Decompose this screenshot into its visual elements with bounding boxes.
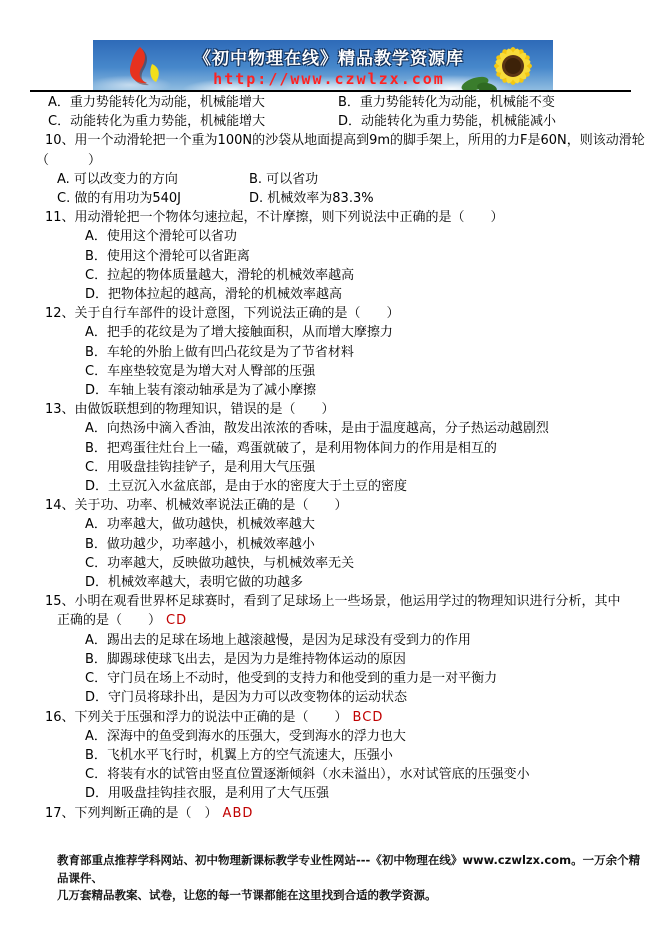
line-text: A．功率越大，做功越快，机械效率越大 xyxy=(85,517,315,532)
question-line: 12、关于自行车部件的设计意图，下列说法正确的是（ ） xyxy=(45,304,661,323)
text-line: （ ） xyxy=(36,151,661,170)
line-text: 16、下列关于压强和浮力的说法中正确的是（ ） xyxy=(45,710,348,725)
line-text: A．向热汤中滴入香油，散发出浓浓的香味，是由于温度越高，分子热运动越剧烈 xyxy=(85,421,549,436)
footer-line-1: 教育部重点推荐学科网站、初中物理新课标教学专业性网站---《初中物理在线》www… xyxy=(57,852,649,887)
line-text: A．深海中的鱼受到海水的压强大，受到海水的浮力也大 xyxy=(85,729,406,744)
question-line: 15、小明在观看世界杯足球赛时，看到了足球场上一些场景，他运用学过的物理知识进行… xyxy=(45,592,661,611)
text-line: D．机械效率越大，表明它做的功越多 xyxy=(85,573,661,592)
question-line: 11、用动滑轮把一个物体匀速拉起，不计摩擦，则下列说法中正确的是（ ） xyxy=(45,208,661,227)
text-line: B．飞机水平飞行时，机翼上方的空气流速大，压强小 xyxy=(85,746,661,765)
question-list: A．重力势能转化为动能，机械能增大B．重力势能转化为动能，机械能不变C．动能转化… xyxy=(0,93,661,823)
question-line: 17、下列判断正确的是（ ）ABD xyxy=(45,804,661,823)
line-text: D．把物体拉起的越高，滑轮的机械效率越高 xyxy=(85,287,342,302)
option-text: D. 机械效率为83.3% xyxy=(249,191,374,206)
text-line: D．车轴上装有滚动轴承是为了减小摩擦 xyxy=(85,381,661,400)
text-line: C．拉起的物体质量越大，滑轮的机械效率越高 xyxy=(85,266,661,285)
line-text: D．车轴上装有滚动轴承是为了减小摩擦 xyxy=(85,383,316,398)
question-line: 14、关于功、功率、机械效率说法正确的是（ ） xyxy=(45,496,661,515)
line-text: B．飞机水平飞行时，机翼上方的空气流速大，压强小 xyxy=(85,748,393,763)
option-row: A. 可以改变力的方向B. 可以省功 xyxy=(57,170,661,189)
line-text: 11、用动滑轮把一个物体匀速拉起，不计摩擦，则下列说法中正确的是（ ） xyxy=(45,210,504,225)
text-line: A．深海中的鱼受到海水的压强大，受到海水的浮力也大 xyxy=(85,727,661,746)
line-text: 14、关于功、功率、机械效率说法正确的是（ ） xyxy=(45,498,348,513)
banner-url: http://www.czwlzx.com xyxy=(213,70,445,88)
line-text: 12、关于自行车部件的设计意图，下列说法正确的是（ ） xyxy=(45,306,400,321)
line-text: B．脚踢球使球飞出去，是因为力是维持物体运动的原因 xyxy=(85,652,406,667)
text-line: C．车座垫较宽是为增大对人臀部的压强 xyxy=(85,362,661,381)
question-line: 16、下列关于压强和浮力的说法中正确的是（ ）BCD xyxy=(45,708,661,727)
line-text: B．做功越少，功率越小，机械效率越小 xyxy=(85,537,315,552)
line-text: C．用吸盘挂钩挂铲子，是利用大气压强 xyxy=(85,460,315,475)
question-line: 10、用一个动滑轮把一个重为100N的沙袋从地面提高到9m的脚手架上，所用的力F… xyxy=(45,131,661,150)
text-line: D．用吸盘挂钩挂衣服，是利用了大气压强 xyxy=(85,784,661,803)
line-text: 10、用一个动滑轮把一个重为100N的沙袋从地面提高到9m的脚手架上，所用的力F… xyxy=(45,133,645,148)
option-text: D．动能转化为重力势能，机械能减小 xyxy=(338,114,556,129)
header-divider xyxy=(30,90,631,92)
text-line: A．踢出去的足球在场地上越滚越慢，是因为足球没有受到力的作用 xyxy=(85,631,661,650)
banner-text: 《初中物理在线》精品教学资源库 http://www.czwlzx.com xyxy=(193,44,465,88)
flame-logo-icon xyxy=(123,44,171,88)
text-line: C．功率越大，反映做功越快，与机械效率无关 xyxy=(85,554,661,573)
text-line: A．功率越大，做功越快，机械效率越大 xyxy=(85,515,661,534)
text-line: C．用吸盘挂钩挂铲子，是利用大气压强 xyxy=(85,458,661,477)
line-text: C．拉起的物体质量越大，滑轮的机械效率越高 xyxy=(85,268,354,283)
text-line: B．脚踢球使球飞出去，是因为力是维持物体运动的原因 xyxy=(85,650,661,669)
question-line: 13、由做饭联想到的物理知识，错误的是（ ） xyxy=(45,400,661,419)
text-line: A．把手的花纹是为了增大接触面积，从而增大摩擦力 xyxy=(85,323,661,342)
footer: 教育部重点推荐学科网站、初中物理新课标教学专业性网站---《初中物理在线》www… xyxy=(57,852,649,905)
text-line: B．车轮的外胎上做有凹凸花纹是为了节省材料 xyxy=(85,343,661,362)
banner-title: 《初中物理在线》精品教学资源库 xyxy=(194,44,464,69)
line-text: 13、由做饭联想到的物理知识，错误的是（ ） xyxy=(45,402,335,417)
line-text: 17、下列判断正确的是（ ） xyxy=(45,806,218,821)
option-text: C．动能转化为重力势能，机械能增大 xyxy=(48,112,338,131)
option-text: B. 可以省功 xyxy=(249,172,318,187)
answer-text: CD xyxy=(166,613,187,628)
text-line: A．向热汤中滴入香油，散发出浓浓的香味，是由于温度越高，分子热运动越剧烈 xyxy=(85,419,661,438)
line-text: C．守门员在场上不动时，他受到的支持力和他受到的重力是一对平衡力 xyxy=(85,671,497,686)
text-line: A．使用这个滑轮可以省功 xyxy=(85,227,661,246)
site-banner: 《初中物理在线》精品教学资源库 http://www.czwlzx.com xyxy=(93,40,553,90)
option-text: A．重力势能转化为动能，机械能增大 xyxy=(48,93,338,112)
line-text: A．使用这个滑轮可以省功 xyxy=(85,229,237,244)
line-text: C．将装有水的试管由竖直位置逐渐倾斜（水未溢出），水对试管底的压强变小 xyxy=(85,767,530,782)
footer-line-2: 几万套精品教案、试卷，让您的每一节课都能在这里找到合适的教学资源。 xyxy=(57,887,649,905)
option-text: B．重力势能转化为动能，机械能不变 xyxy=(338,95,555,110)
line-text: 15、小明在观看世界杯足球赛时，看到了足球场上一些场景，他运用学过的物理知识进行… xyxy=(45,594,621,609)
text-line: D．土豆沉入水盆底部，是由于水的密度大于土豆的密度 xyxy=(85,477,661,496)
line-text: A．把手的花纹是为了增大接触面积，从而增大摩擦力 xyxy=(85,325,393,340)
option-text: A. 可以改变力的方向 xyxy=(57,170,249,189)
text-line: D．把物体拉起的越高，滑轮的机械效率越高 xyxy=(85,285,661,304)
text-line: C．将装有水的试管由竖直位置逐渐倾斜（水未溢出），水对试管底的压强变小 xyxy=(85,765,661,784)
line-text: B．使用这个滑轮可以省距离 xyxy=(85,249,250,264)
option-row: C．动能转化为重力势能，机械能增大D．动能转化为重力势能，机械能减小 xyxy=(48,112,661,131)
answer-text: ABD xyxy=(223,806,254,821)
line-text: C．车座垫较宽是为增大对人臀部的压强 xyxy=(85,364,315,379)
text-line: B．把鸡蛋往灶台上一磕，鸡蛋就破了，是利用物体间力的作用是相互的 xyxy=(85,439,661,458)
line-text: C．功率越大，反映做功越快，与机械效率无关 xyxy=(85,556,354,571)
line-text: A．踢出去的足球在场地上越滚越慢，是因为足球没有受到力的作用 xyxy=(85,633,471,648)
sunflower-icon xyxy=(453,34,549,92)
line-text: B．把鸡蛋往灶台上一磕，鸡蛋就破了，是利用物体间力的作用是相互的 xyxy=(85,441,497,456)
line-text: D．机械效率越大，表明它做的功越多 xyxy=(85,575,303,590)
line-text: B．车轮的外胎上做有凹凸花纹是为了节省材料 xyxy=(85,345,354,360)
line-text: D．守门员将球扑出，是因为力可以改变物体的运动状态 xyxy=(85,690,407,705)
line-text: D．土豆沉入水盆底部，是由于水的密度大于土豆的密度 xyxy=(85,479,407,494)
text-line: 正确的是（ ）CD xyxy=(57,611,661,630)
answer-text: BCD xyxy=(353,710,384,725)
text-line: B．做功越少，功率越小，机械效率越小 xyxy=(85,535,661,554)
option-row: C. 做的有用功为540JD. 机械效率为83.3% xyxy=(57,189,661,208)
line-text: （ ） xyxy=(36,153,101,168)
text-line: C．守门员在场上不动时，他受到的支持力和他受到的重力是一对平衡力 xyxy=(85,669,661,688)
text-line: D．守门员将球扑出，是因为力可以改变物体的运动状态 xyxy=(85,688,661,707)
document-page: 《初中物理在线》精品教学资源库 http://www.czwlzx.com xyxy=(0,0,661,936)
line-text: 正确的是（ ） xyxy=(57,613,161,628)
option-text: C. 做的有用功为540J xyxy=(57,189,249,208)
option-row: A．重力势能转化为动能，机械能增大B．重力势能转化为动能，机械能不变 xyxy=(48,93,661,112)
text-line: B．使用这个滑轮可以省距离 xyxy=(85,247,661,266)
line-text: D．用吸盘挂钩挂衣服，是利用了大气压强 xyxy=(85,786,329,801)
